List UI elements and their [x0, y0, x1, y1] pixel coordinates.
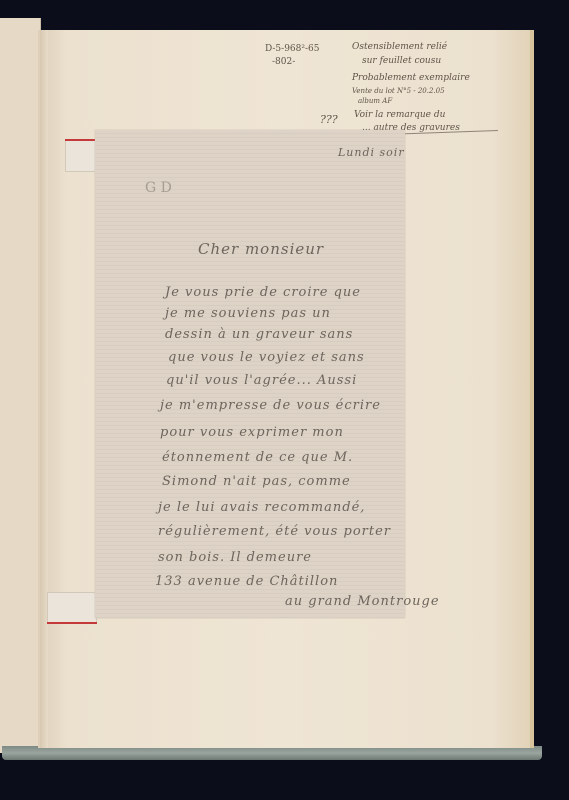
letter-line: Je vous prie de croire que — [165, 285, 361, 300]
letter-line: 133 avenue de Châtillon — [155, 574, 338, 589]
letter-line: que vous le voyiez et sans — [168, 350, 365, 365]
note-1-line-2: sur feuillet cousu — [362, 56, 441, 67]
sub-number: -802- — [272, 57, 295, 68]
bottom-hinge-red-line — [47, 622, 97, 624]
letter-line: régulièrement, été vous porter — [158, 524, 391, 539]
pencil-mark: G D — [145, 180, 172, 196]
letter-line: je me souviens pas un — [165, 306, 331, 321]
letter-line: son bois. Il demeure — [158, 550, 312, 565]
catalog-number: D-5-968²-65 — [265, 44, 319, 55]
letter-dateline: Lundi soir — [338, 146, 405, 159]
note-3-line-1: Voir la remarque du — [354, 110, 445, 121]
album-left-page-edge — [0, 18, 41, 753]
letter-line: qu'il vous l'agrée... Aussi — [166, 373, 357, 388]
letter-line: dessin à un graveur sans — [165, 327, 353, 342]
letter-line: Simond n'ait pas, comme — [162, 474, 351, 489]
letter-line: pour vous exprimer mon — [160, 425, 344, 440]
letter-line: je m'empresse de vous écrire — [160, 398, 381, 413]
bottom-mount-hinge — [47, 592, 97, 624]
letter-line: au grand Montrouge — [285, 594, 440, 609]
album-board-edge — [2, 746, 542, 760]
letter-line: je le lui avais recommandé, — [158, 500, 365, 515]
album-gutter — [40, 30, 48, 748]
note-2-line-1: Probablement exemplaire — [352, 73, 470, 84]
letter-line: étonnement de ce que M. — [162, 450, 353, 465]
note-2-line-3: album AF — [358, 96, 392, 107]
note-1-line-1: Ostensiblement relié — [352, 42, 447, 53]
letter-salutation: Cher monsieur — [198, 240, 324, 258]
question-marks: ??? — [320, 114, 338, 125]
